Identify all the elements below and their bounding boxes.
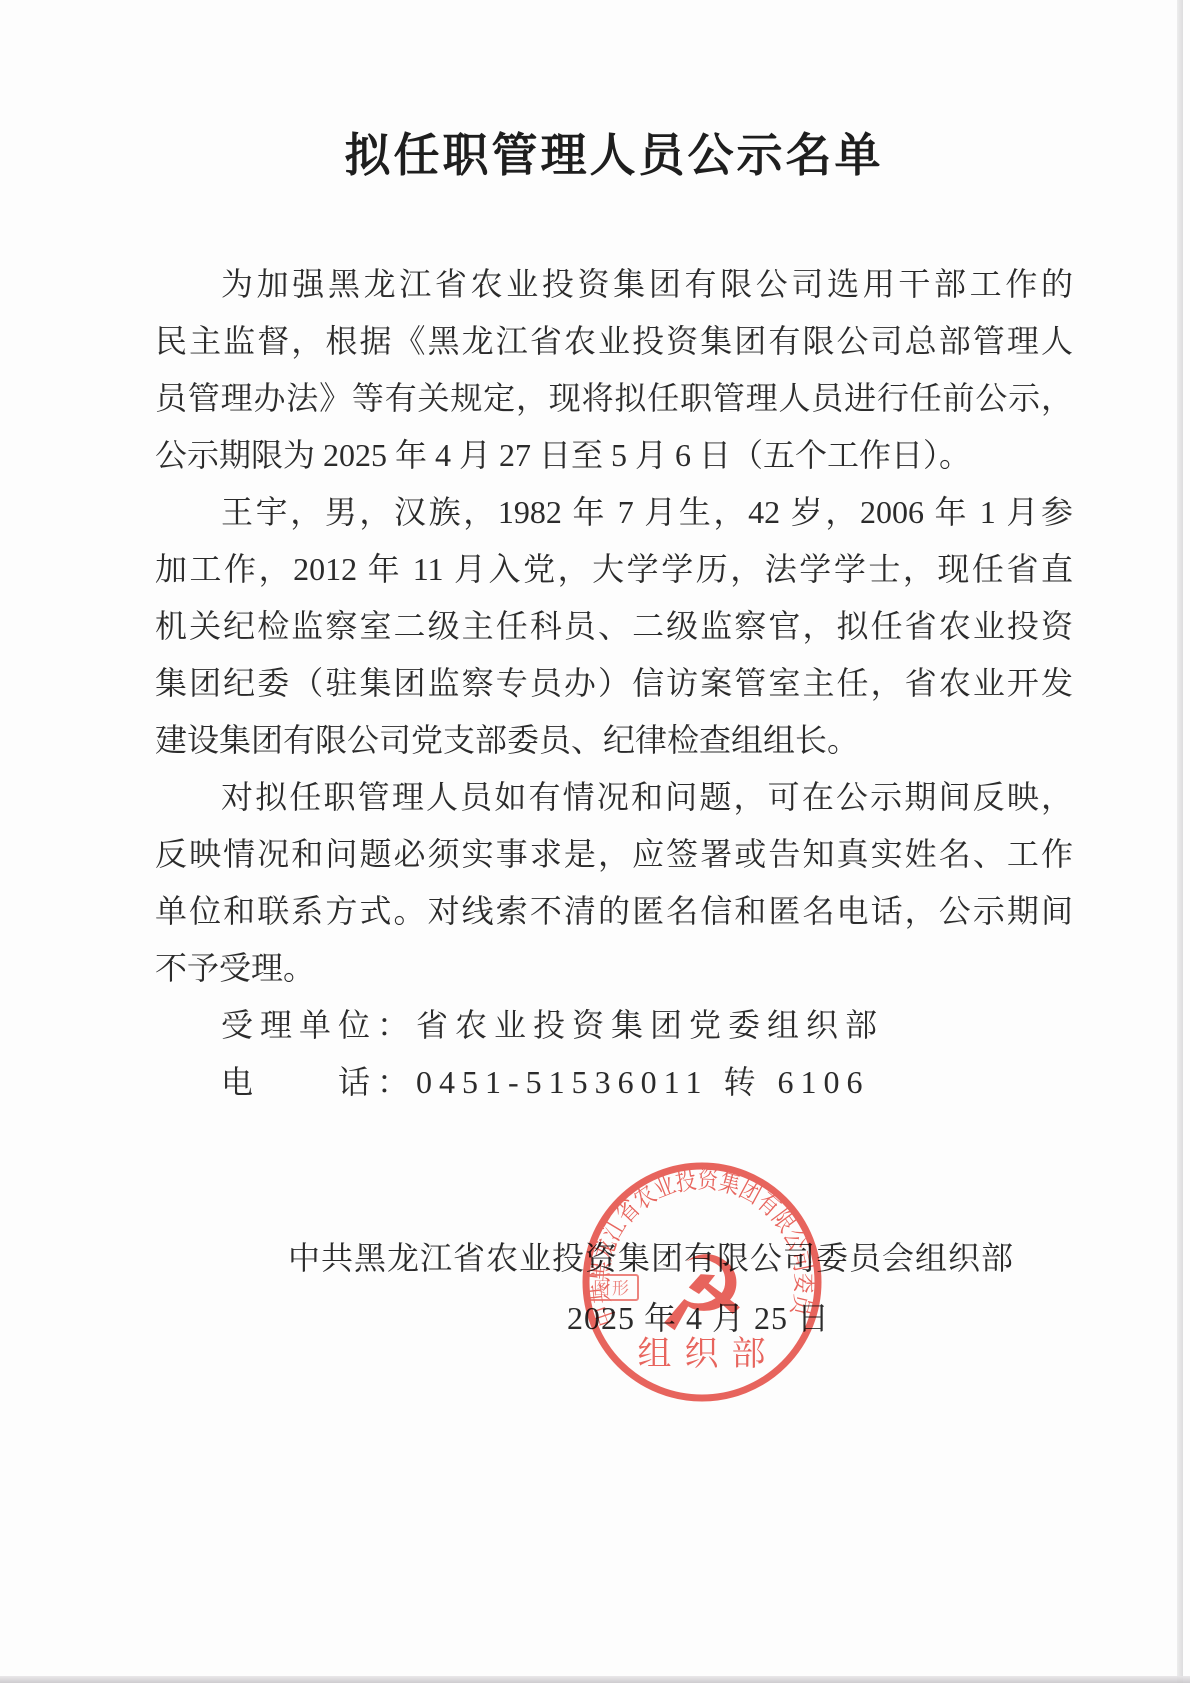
signature-organization: 中共黑龙江省农业投资集团有限公司委员会组织部 [288,1240,1014,1277]
seal-ring [586,1166,818,1398]
signature-date: 2025 年 4 月 25 日 [567,1300,830,1337]
document-title: 拟任职管理人员公示名单 [155,126,1073,186]
scan-edge-shadow-bottom [0,1676,1190,1683]
body-line: 集团纪委（驻集团监察专员办）信访案管室主任，省农业开发 [155,655,1073,712]
body-line: 不予受理。 [155,940,1073,997]
official-seal-graphic: 中共黑龙江省农业投资集团有限公司委员会 ☭ 组织部 图形 [578,1158,826,1406]
svg-text:图形: 图形 [593,1279,631,1298]
body-line: 机关纪检监察室二级主任科员、二级监察官，拟任省农业投资 [155,598,1073,655]
body-line: 建设集团有限公司党支部委员、纪律检查组组长。 [155,712,1073,769]
document-content: 拟任职管理人员公示名单 为加强黑龙江省农业投资集团有限公司选用干部工作的民主监督… [155,0,1073,1111]
body-line: 民主监督，根据《黑龙江省农业投资集团有限公司总部管理人 [155,313,1073,370]
scanned-document-page: 拟任职管理人员公示名单 为加强黑龙江省农业投资集团有限公司选用干部工作的民主监督… [0,0,1190,1683]
body-line: 受理单位：省农业投资集团党委组织部 [155,997,1073,1054]
body-line: 单位和联系方式。对线索不清的匿名信和匿名电话，公示期间 [155,883,1073,940]
seal-bottom-text: 组织部 [638,1336,779,1373]
scan-edge-shadow-right [1177,0,1183,1683]
body-line: 加工作，2012 年 11 月入党，大学学历，法学学士，现任省直 [155,541,1073,598]
body-line: 员管理办法》等有关规定，现将拟任职管理人员进行任前公示， [155,370,1073,427]
body-line: 公示期限为 2025 年 4 月 27 日至 5 月 6 日（五个工作日）。 [155,427,1073,484]
body-line: 王宇，男，汉族，1982 年 7 月生，42 岁，2006 年 1 月参 [155,484,1073,541]
body-line: 对拟任职管理人员如有情况和问题，可在公示期间反映， [155,769,1073,826]
body-line: 电 话：0451-51536011 转 6106 [155,1054,1073,1111]
seal-micro-mark: 图形 [586,1275,638,1300]
document-body: 为加强黑龙江省农业投资集团有限公司选用干部工作的民主监督，根据《黑龙江省农业投资… [155,256,1073,1111]
official-seal: 中共黑龙江省农业投资集团有限公司委员会 ☭ 组织部 图形 [578,1158,826,1406]
body-line: 为加强黑龙江省农业投资集团有限公司选用干部工作的 [155,256,1073,313]
body-line: 反映情况和问题必须实事求是，应签署或告知真实姓名、工作 [155,826,1073,883]
